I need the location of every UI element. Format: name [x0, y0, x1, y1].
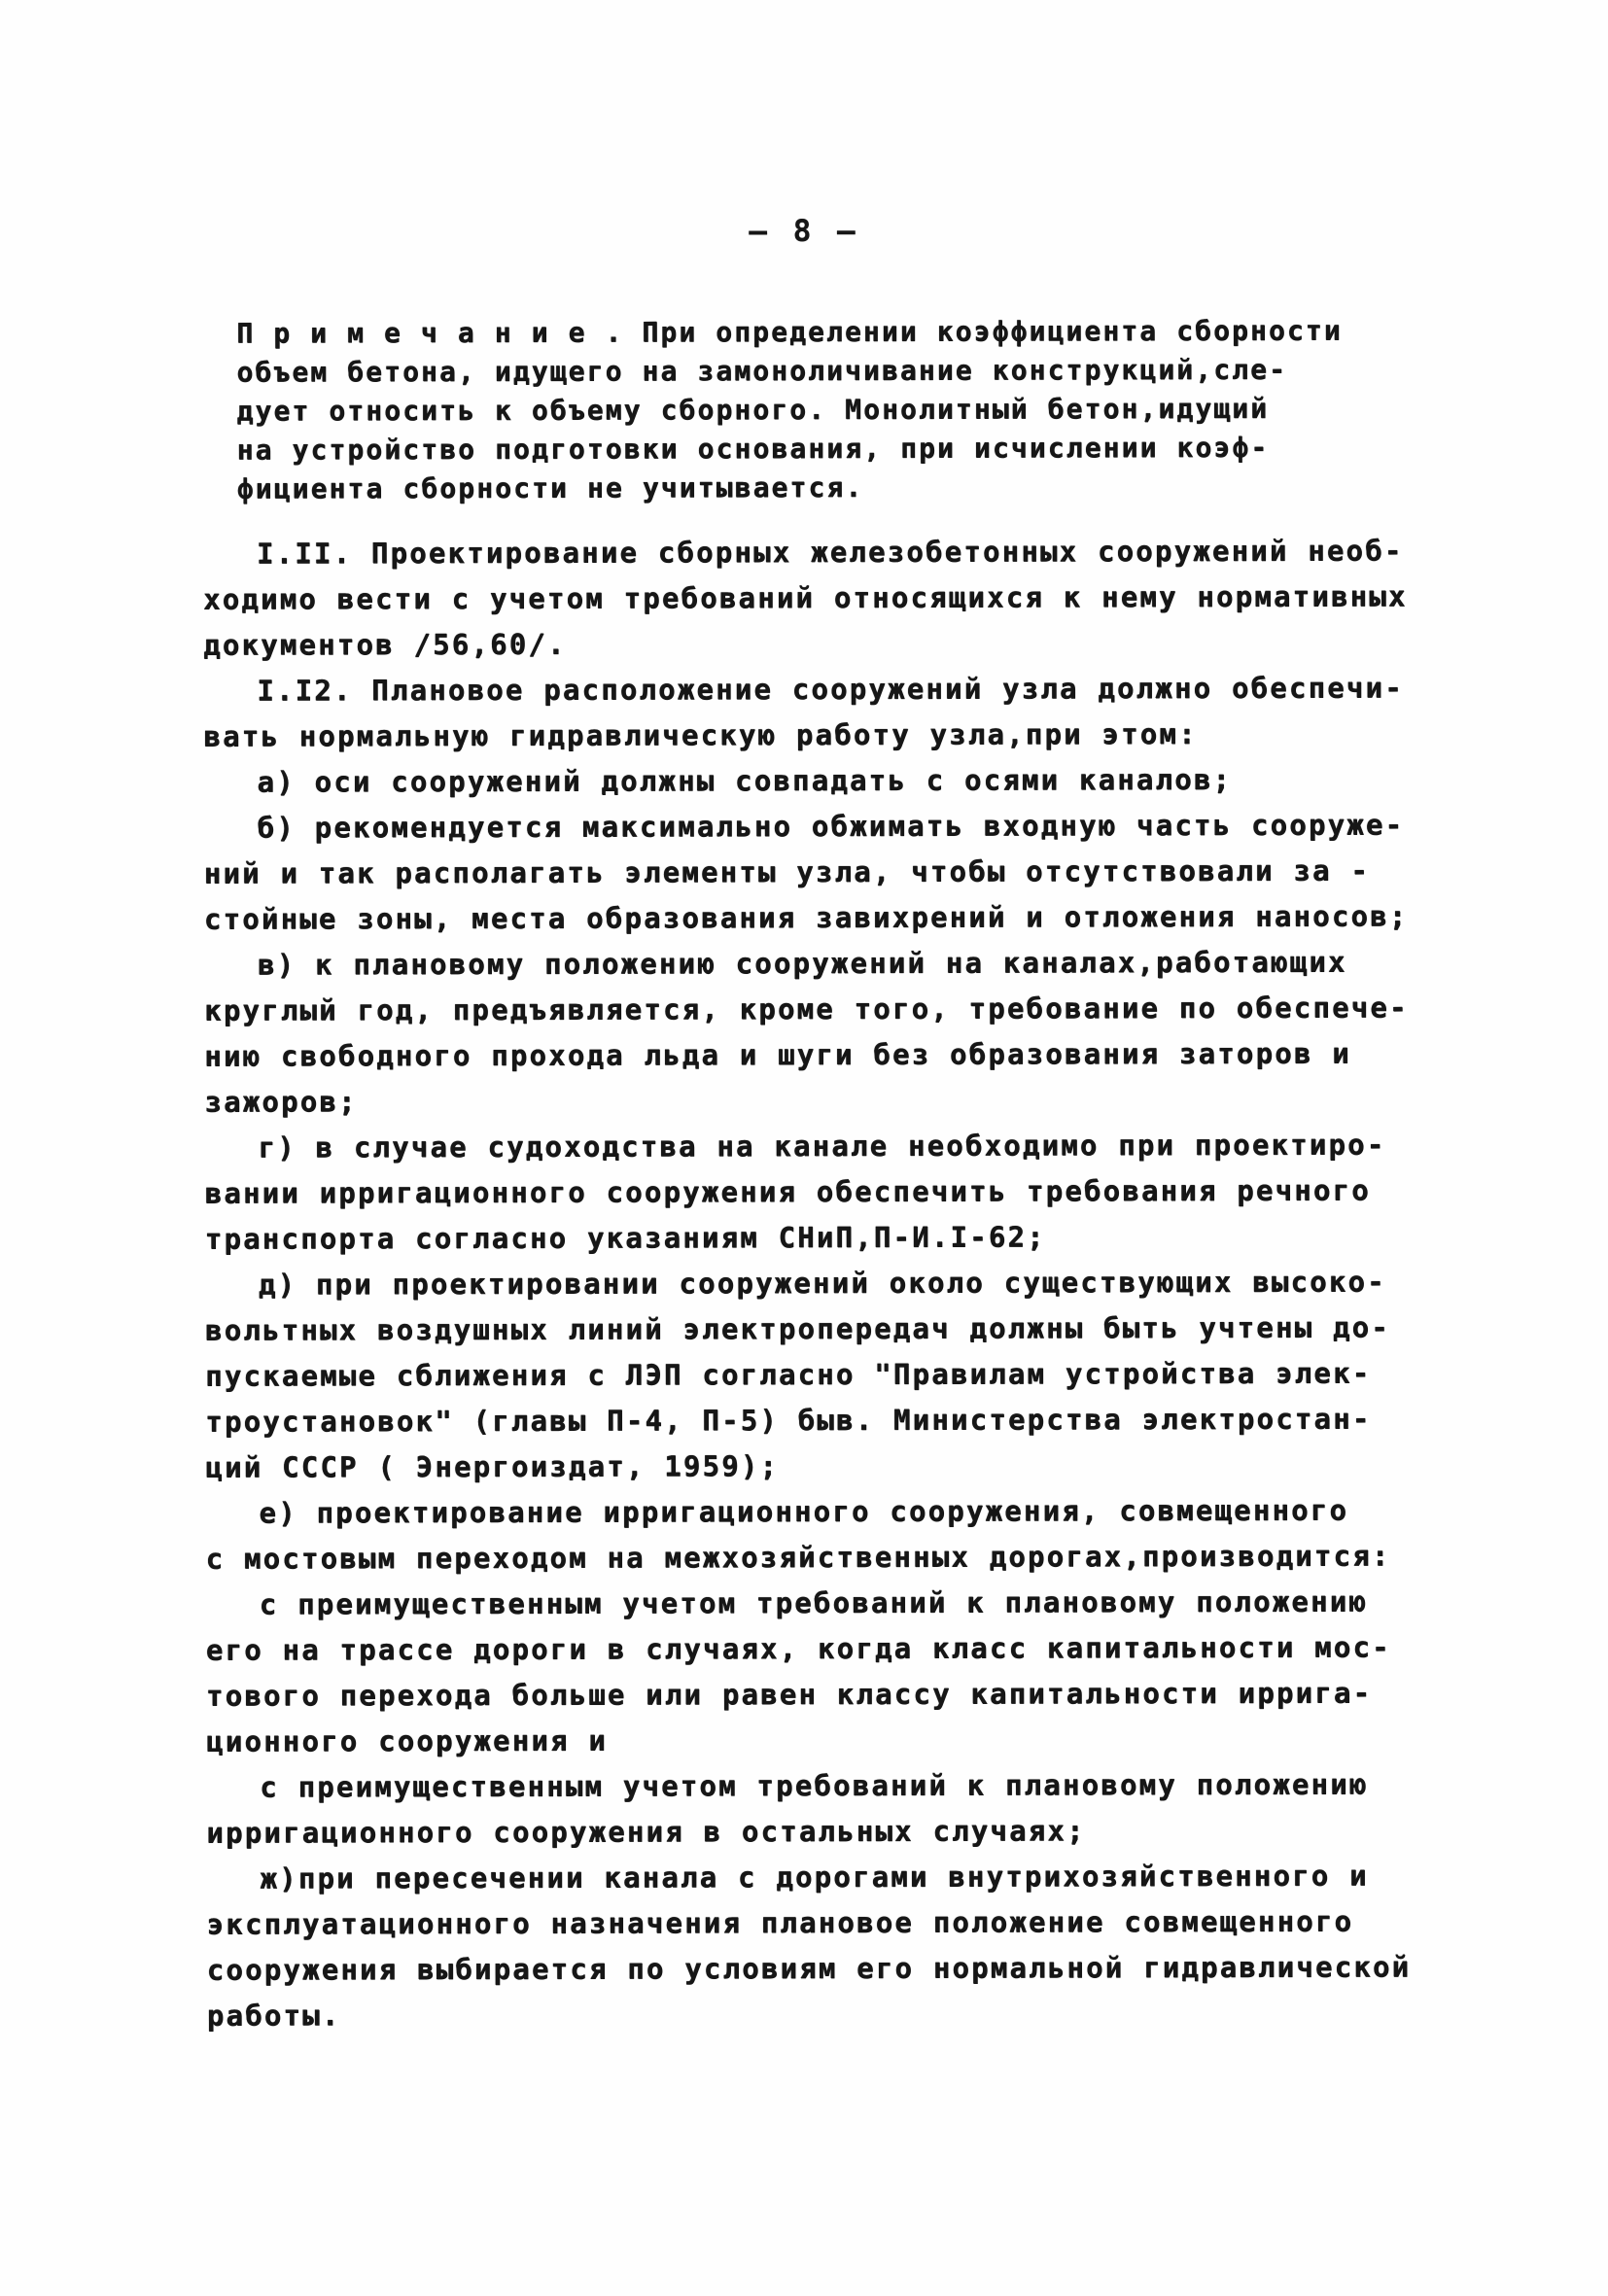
text-line: I.II. Проектирование сборных железобетон…	[203, 528, 1467, 576]
text-line: его на трассе дороги в случаях, когда кл…	[206, 1624, 1470, 1673]
note-line: дует относить к объему сборного. Монолит…	[236, 389, 1451, 431]
text-line: троустановок" (главы П-4, П-5) быв. Мини…	[205, 1396, 1469, 1444]
page-number: — 8 —	[0, 210, 1608, 253]
text-line: с преимущественным учетом требований к п…	[206, 1579, 1470, 1627]
text-line: ирригационного сооружения в остальных сл…	[206, 1807, 1470, 1856]
text-line: вать нормальную гидравлическую работу уз…	[203, 711, 1467, 759]
body-text: I.II. Проектирование сборных железобетон…	[203, 528, 1471, 2038]
text-line: с преимущественным учетом требований к п…	[206, 1761, 1470, 1810]
text-line: ционного сооружения и	[206, 1716, 1470, 1764]
text-line: е) проектирование ирригационного сооруже…	[205, 1487, 1469, 1536]
text-line: зажоров;	[204, 1076, 1468, 1125]
note-line: П р и м е ч а н и е . При определении ко…	[236, 311, 1451, 353]
text-line: ж)при пересечении канала с дорогами внут…	[206, 1853, 1470, 1901]
text-line: тового перехода больше или равен классу …	[206, 1670, 1470, 1719]
text-line: ний и так располагать элементы узла, что…	[204, 848, 1468, 896]
text-line: нию свободного прохода льда и шуги без о…	[204, 1030, 1468, 1079]
text-line: I.I2. Плановое расположение сооружений у…	[203, 665, 1467, 713]
text-line: а) оси сооружений должны совпадать с ося…	[203, 756, 1467, 805]
text-line: пускаемые сближения с ЛЭП согласно "Прав…	[205, 1350, 1469, 1399]
text-line: транспорта согласно указаниям СНиП,П-И.I…	[205, 1213, 1469, 1262]
note-line: объем бетона, идущего на замоноличивание…	[236, 350, 1451, 392]
text-line: сооружения выбирается по условиям его но…	[207, 1944, 1471, 1993]
text-line: ций СССР ( Энергоиздат, 1959);	[205, 1442, 1469, 1490]
note-line: на устройство подготовки основания, при …	[237, 428, 1452, 470]
text-line: работы.	[207, 1990, 1471, 2038]
note-block: П р и м е ч а н и е . При определении ко…	[236, 311, 1452, 508]
text-line: б) рекомендуется максимально обжимать вх…	[204, 802, 1468, 851]
scanned-page-content: — 8 — П р и м е ч а н и е . При определе…	[0, 210, 1608, 2039]
text-line: вольтных воздушных линий электропередач …	[205, 1305, 1469, 1353]
text-line: вании ирригационного сооружения обеспечи…	[205, 1167, 1469, 1216]
text-line: ходимо вести с учетом требований относящ…	[203, 574, 1467, 622]
document-page: — 8 — П р и м е ч а н и е . При определе…	[0, 0, 1608, 2296]
text-line: стойные зоны, места образования завихрен…	[204, 893, 1468, 942]
text-line: в) к плановому положению сооружений на к…	[204, 939, 1468, 988]
text-line: д) при проектировании сооружений около с…	[205, 1259, 1469, 1307]
text-line: с мостовым переходом на межхозяйственных…	[206, 1533, 1470, 1582]
note-line: фициента сборности не учитывается.	[237, 467, 1452, 508]
text-line: г) в случае судоходства на канале необхо…	[204, 1122, 1468, 1170]
text-line: документов /56,60/.	[203, 619, 1467, 668]
text-line: круглый год, предъявляется, кроме того, …	[204, 985, 1468, 1033]
text-line: эксплуатационного назначения плановое по…	[207, 1898, 1471, 1947]
